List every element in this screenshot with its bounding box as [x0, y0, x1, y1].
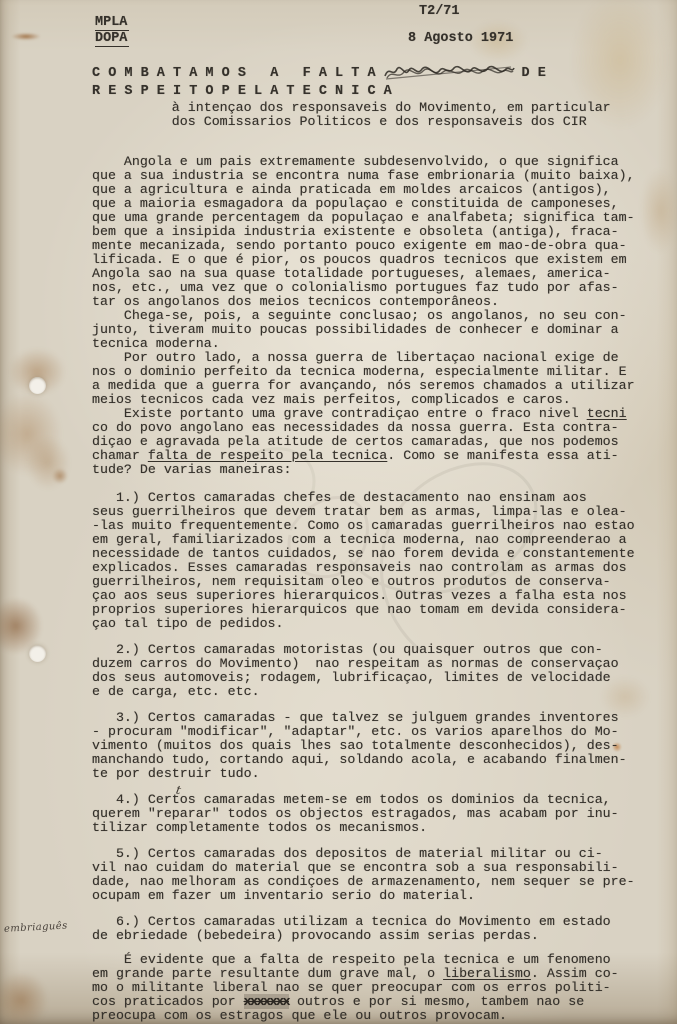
- text-line: explicados. Esses camaradas responsaveis…: [92, 561, 648, 575]
- text-line: cos praticados por xxxxxxx outros e por …: [92, 995, 648, 1009]
- text-line: que uma grande percentagem da populaçao …: [92, 211, 648, 225]
- margin-note-handwritten: embriaguês: [4, 920, 74, 935]
- text-line: à intençao dos responsaveis do Movimento…: [92, 101, 648, 115]
- text-line: que a maioria esmagadora da populaçao e …: [92, 197, 648, 211]
- scribbled-out-word-icon: [382, 62, 516, 82]
- paragraph: 4.) Certos camaradas metem-se em todos o…: [92, 793, 648, 835]
- stain: [0, 972, 48, 1024]
- paragraph: à intençao dos responsaveis do Movimento…: [92, 101, 648, 129]
- text-line: mente mecanizada, sendo portanto pouco e…: [92, 239, 648, 253]
- text-line: lificada. E o que é pior, os poucos quad…: [92, 253, 648, 267]
- paragraph: 2.) Certos camaradas motoristas (ou quai…: [92, 643, 648, 699]
- paragraph: 1.) Certos camaradas chefes de destacame…: [92, 491, 648, 631]
- text-line: te por destruir tudo.: [92, 767, 648, 781]
- text-line: tecnica moderna.: [92, 337, 648, 351]
- text-line: ocupam em fazer um inventario serio do m…: [92, 889, 648, 903]
- stain: [0, 392, 62, 476]
- underlined-text: tecni: [587, 406, 627, 421]
- struck-out-text: xxxxxxx: [244, 994, 289, 1009]
- paragraph: É evidente que a falta de respeito pela …: [92, 953, 648, 1023]
- text-line: preocupa com os estragos que ele ou outr…: [92, 1009, 648, 1023]
- letterhead-org: MPLA DOPA: [95, 15, 129, 47]
- paragraph: Por outro lado, a nossa guerra de libert…: [92, 351, 648, 407]
- paragraph: 6.) Certos camaradas utilizam a tecnica …: [92, 915, 648, 943]
- paragraph: Existe portanto uma grave contradiçao en…: [92, 407, 648, 477]
- underlined-text: falta de respeito pela tecnica: [148, 448, 387, 463]
- text-line: mo o militante liberal nao se quer preoc…: [92, 981, 648, 995]
- paragraph: 5.) Certos camaradas dos depositos de ma…: [92, 847, 648, 903]
- text-line: chamar falta de respeito pela tecnica. C…: [92, 449, 648, 463]
- text-line: Por outro lado, a nossa guerra de libert…: [92, 351, 648, 365]
- scanned-document-page: MPLA DOPA T2/71 8 Agosto 1971 C O M B A …: [0, 0, 677, 1024]
- text-line: 3.) Certos camaradas - que talvez se jul…: [92, 711, 648, 725]
- stain: [52, 468, 68, 484]
- doc-title-line2: R E S P E I T O P E L A T E C N I C A: [92, 84, 546, 100]
- text-line: dos seus automoveis; rodagem, lubrificaç…: [92, 671, 648, 685]
- text-line: em grande parte resultante dum grave mal…: [92, 967, 648, 981]
- text-line: diçao e agravada pela atitude de certos …: [92, 435, 648, 449]
- text-line: e de carga, etc. etc.: [92, 685, 648, 699]
- text-line: co do povo angolano eas necessidades da …: [92, 421, 648, 435]
- text-line: dos Comissarios Politicos e dos responsa…: [92, 115, 648, 129]
- punch-hole-top: [29, 377, 46, 394]
- text-line: - procuram "modificar", "adaptar", etc. …: [92, 725, 648, 739]
- text-line: meios tecnicos cada vez mais perfeitos, …: [92, 393, 648, 407]
- doc-date: 8 Agosto 1971: [408, 31, 513, 46]
- text-line: necessidade de tantos cuidados, se nao f…: [92, 547, 648, 561]
- text-line: nos, etc., uma vez que o colonialismo po…: [92, 281, 648, 295]
- stain: [26, 436, 70, 490]
- text-line: É evidente que a falta de respeito pela …: [92, 953, 648, 967]
- doc-ref: T2/71: [419, 4, 460, 19]
- text-line: 1.) Certos camaradas chefes de destacame…: [92, 491, 648, 505]
- text-line: Angola e um pais extremamente subdesenvo…: [92, 155, 648, 169]
- text-line: proprios superiores hierarquicos que nao…: [92, 603, 648, 617]
- text-line: -las muito frequentemente. Como os camar…: [92, 519, 648, 533]
- text-line: que a sua industria se encontra numa fas…: [92, 169, 648, 183]
- doc-title-line1: C O M B A T A M O S A F A L T A D E: [92, 64, 546, 84]
- text-line: junto, tiveram muito poucas possibilidad…: [92, 323, 648, 337]
- text-line: em geral, familiarizados com a tecnica m…: [92, 533, 648, 547]
- stain: [12, 33, 40, 40]
- org-line-mpla: MPLA: [95, 15, 129, 31]
- text-line: seus guerrilheiros que devem tratar bem …: [92, 505, 648, 519]
- text-line: bem que a insipida industria existente e…: [92, 225, 648, 239]
- text-line: tar os angolanos dos meios tecnicos cont…: [92, 295, 648, 309]
- title-line1-suffix: D E: [522, 66, 546, 82]
- text-line: guerrilheiros, nem requisitam oleo e out…: [92, 575, 648, 589]
- text-line: tilizar completamente todos os mecanismo…: [92, 821, 648, 835]
- org-line-dopa: DOPA: [95, 31, 129, 47]
- text-line: tude? De varias maneiras:: [92, 463, 648, 477]
- paragraph: Angola e um pais extremamente subdesenvo…: [92, 155, 648, 309]
- text-line: 6.) Certos camaradas utilizam a tecnica …: [92, 915, 648, 929]
- paragraph: 3.) Certos camaradas - que talvez se jul…: [92, 711, 648, 781]
- paragraph: Chega-se, pois, a seguinte conclusao; os…: [92, 309, 648, 351]
- text-line: querem "reparar" todos os objectos estra…: [92, 807, 648, 821]
- text-line: vil nao cuidam do material que se encont…: [92, 861, 648, 875]
- title-line1-text: C O M B A T A M O S A F A L T A: [92, 66, 376, 82]
- text-line: Chega-se, pois, a seguinte conclusao; os…: [92, 309, 648, 323]
- doc-title: C O M B A T A M O S A F A L T A D E R E …: [92, 64, 546, 100]
- text-line: 5.) Certos camaradas dos depositos de ma…: [92, 847, 648, 861]
- text-line: de ebriedade (bebedeira) provocando assi…: [92, 929, 648, 943]
- text-line: çao tal tipo de pedidos.: [92, 617, 648, 631]
- text-line: manchando tudo, cortando aqui, soldando …: [92, 753, 648, 767]
- text-line: que a agricultura e ainda praticada em m…: [92, 183, 648, 197]
- punch-hole-bottom: [29, 645, 46, 662]
- text-line: dade, nao melhoram as condiçoes de armaz…: [92, 875, 648, 889]
- text-line: vimento (muitos dos quais lhes sao total…: [92, 739, 648, 753]
- text-line: Angola sao na sua quase totalidade portu…: [92, 267, 648, 281]
- text-line: a medida que a guerra for avançando, nós…: [92, 379, 648, 393]
- document-body: à intençao dos responsaveis do Movimento…: [92, 101, 648, 1023]
- text-line: nos o dominio perfeito da tecnica modern…: [92, 365, 648, 379]
- text-line: Existe portanto uma grave contradiçao en…: [92, 407, 648, 421]
- text-line: duzem carros do Movimento) nao respeitam…: [92, 657, 648, 671]
- underlined-text: liberalismo: [443, 966, 531, 981]
- text-line: çao aos seus superiores hierarquicos. Ou…: [92, 589, 648, 603]
- text-line: 2.) Certos camaradas motoristas (ou quai…: [92, 643, 648, 657]
